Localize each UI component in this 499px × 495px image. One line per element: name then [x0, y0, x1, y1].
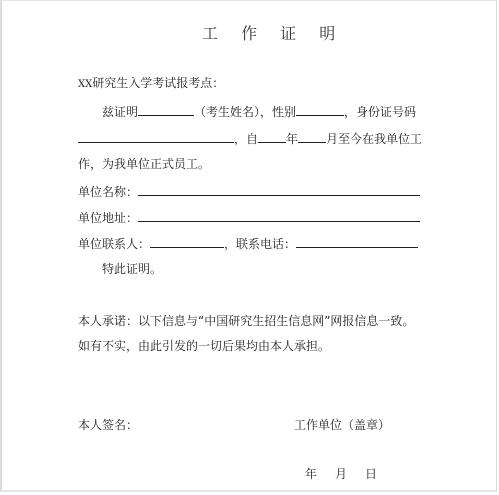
contact-label: 单位联系人： — [78, 237, 150, 251]
addressee-line: XX研究生入学考试报考点： — [78, 76, 224, 92]
contact-blank[interactable] — [150, 236, 224, 248]
body-text: ，自 — [234, 132, 258, 146]
unit-name-line: 单位名称： — [78, 184, 420, 199]
body-line-3: 作，为我单位正式员工。 — [78, 157, 210, 171]
body-line-1: 兹证明（考生姓名），性别，身份证号码 — [102, 104, 416, 119]
unit-address-label: 单位地址： — [78, 211, 138, 225]
unit-name-label: 单位名称： — [78, 185, 138, 199]
gender-blank[interactable] — [296, 104, 344, 116]
closing-text: 特此证明。 — [102, 262, 162, 276]
document-title: 工 作 证 明 — [202, 21, 344, 44]
body-text: 兹证明 — [102, 105, 138, 119]
phone-blank[interactable] — [296, 236, 418, 248]
body-text: ，身份证号码 — [344, 105, 416, 119]
body-text: 月至今在我单位工 — [326, 132, 422, 146]
body-line-2: ，自年月至今在我单位工 — [78, 131, 422, 146]
contact-line: 单位联系人：，联系电话： — [78, 236, 418, 251]
document-page: 工 作 证 明 XX研究生入学考试报考点： 兹证明（考生姓名），性别，身份证号码… — [0, 0, 497, 492]
year-blank[interactable] — [258, 131, 286, 143]
pledge-line-1: 本人承诺：以下信息与“中国研究生招生信息网”网报信息一致。 — [78, 314, 414, 328]
id-number-blank[interactable] — [78, 131, 234, 143]
body-text: （考生姓名），性别 — [194, 105, 296, 119]
body-text: 年 — [286, 132, 298, 146]
date-month: 月 — [335, 467, 347, 481]
pledge-line-2: 如有不实，由此引发的一切后果均由本人承担。 — [78, 339, 330, 353]
unit-name-blank[interactable] — [138, 184, 420, 196]
unit-seal-label: 工作单位（盖章） — [294, 418, 390, 432]
addressee-prefix: XX — [78, 79, 92, 90]
applicant-signature-label: 本人签名： — [78, 418, 138, 432]
date-day: 日 — [365, 467, 377, 481]
addressee-text: 研究生入学考试报考点： — [92, 76, 224, 90]
unit-address-line: 单位地址： — [78, 210, 420, 225]
date-line: 年月日 — [305, 467, 377, 481]
unit-address-blank[interactable] — [138, 210, 420, 222]
date-year: 年 — [305, 467, 317, 481]
phone-label: ，联系电话： — [224, 237, 296, 251]
name-blank[interactable] — [138, 104, 194, 116]
month-blank[interactable] — [298, 131, 326, 143]
